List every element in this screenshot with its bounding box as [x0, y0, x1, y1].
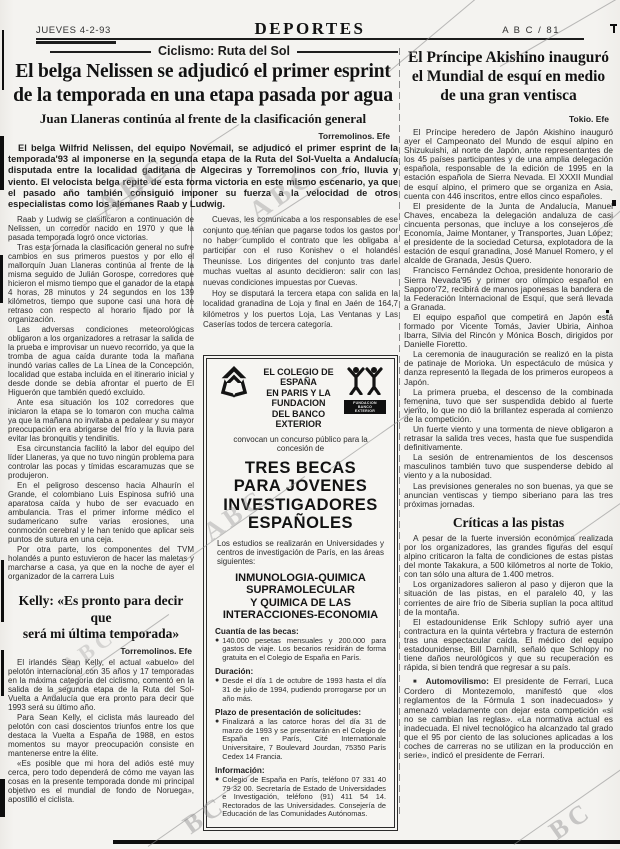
column-2: Cuevas, les comunicaba a los responsable…	[203, 215, 398, 831]
scan-edge-mark	[613, 26, 615, 33]
scan-edge-mark	[0, 255, 3, 303]
kicker-rule-left	[50, 51, 151, 53]
newspaper-page: JUEVES 4-2-93 DEPORTES A B C / 81 Ciclis…	[0, 0, 620, 849]
ad-title: TRES BECAS PARA JOVENES INVESTIGADORES E…	[215, 459, 386, 533]
body-paragraph: A pesar de la fuerte inversión económica…	[404, 534, 613, 579]
kelly-article: Kelly: «Es pronto para decir que será mi…	[8, 593, 194, 804]
body-paragraph: Raab y Ludwig se clasificaron a continua…	[8, 215, 194, 242]
scan-edge-mark	[2, 30, 4, 90]
body-paragraph: La primera prueba, el descenso de la com…	[404, 388, 613, 424]
body-paragraph: Hoy se disputará la tercera etapa con sa…	[203, 289, 398, 331]
lead-paragraph: El belga Wilfrid Nelissen, del equipo No…	[8, 143, 398, 210]
sub-headline: Juan Llaneras continúa al frente de la c…	[8, 111, 398, 127]
scholarship-ad: EL COLEGIO DE ESPAÑA EN PARIS Y LA FUNDA…	[203, 355, 398, 831]
ad-area-line: Y QUIMICA DE LAS	[215, 597, 386, 610]
body-paragraph: La sesión de entrenamientos de los desce…	[404, 453, 613, 480]
body-paragraph: Ante esa situación los 102 corredores qu…	[8, 398, 194, 443]
fundacion-banco-exterior-logo-icon: FUNDACION BANCO EXTERIOR	[344, 365, 386, 415]
bullet-icon: ●	[215, 718, 219, 761]
ad-title-line: INVESTIGADORES	[215, 496, 386, 515]
bullet-icon: ●	[215, 677, 219, 703]
kelly-headline-line-1: Kelly: «Es pronto para decir que	[19, 593, 184, 625]
scan-edge-mark	[1, 650, 4, 696]
ad-title-line: ESPAÑOLES	[215, 514, 386, 533]
brief-label: Automovilismo:	[426, 676, 489, 686]
main-headline: El belga Nelissen se adjudicó el primer …	[8, 60, 398, 108]
kicker-rule-right	[297, 51, 398, 53]
ski-headline-line-1: El Príncipe Akishino inauguró	[408, 49, 609, 66]
ad-section-info: Información: ● Colegio de España en Parí…	[215, 766, 386, 819]
ad-title-line: TRES BECAS	[215, 459, 386, 478]
body-paragraph: Para Sean Kelly, el ciclista más lauread…	[8, 713, 194, 758]
ad-section-label: Información:	[215, 766, 386, 775]
ad-section-deadline: Plazo de presentación de solicitudes: ● …	[215, 708, 386, 761]
ad-section-label: Duración:	[215, 667, 386, 676]
scan-edge-mark	[0, 779, 5, 817]
ad-organizations: EL COLEGIO DE ESPAÑA EN PARIS Y LA FUNDA…	[257, 365, 340, 430]
body-paragraph: El Príncipe heredero de Japón Akishino i…	[404, 128, 613, 201]
body-paragraph: «Es posible que mi hora del adiós esté m…	[8, 759, 194, 804]
body-paragraph: Esa circunstancia facilitó la labor del …	[8, 444, 194, 480]
scan-edge-mark	[0, 136, 4, 190]
ad-area-line: SUPRAMOLECULAR	[215, 584, 386, 597]
ad-title-line: PARA JOVENES	[215, 477, 386, 496]
ad-description: Los estudios se realizarán en Universida…	[217, 539, 384, 567]
body-paragraph: En el peligroso descenso hacia Alhaurín …	[8, 481, 194, 544]
main-column-divider	[399, 48, 400, 816]
ski-dateline: Tokio. Efe	[404, 114, 609, 124]
bullet-icon: ●	[215, 776, 219, 819]
square-bullet-icon: ■	[413, 679, 419, 685]
ad-org-line: DEL BANCO EXTERIOR	[257, 409, 340, 430]
scholarship-ad-inner: EL COLEGIO DE ESPAÑA EN PARIS Y LA FUNDA…	[206, 358, 395, 828]
fundacion-logo-caption: FUNDACION BANCO EXTERIOR	[344, 400, 386, 415]
body-paragraph: Francisco Fernández Ochoa, presidente ho…	[404, 266, 613, 311]
colegio-espana-logo-icon	[215, 365, 253, 403]
ad-section-label: Cuantía de las becas:	[215, 627, 386, 636]
ski-headline: El Príncipe Akishino inauguró el Mundial…	[404, 48, 613, 105]
body-paragraph: Los organizadores salieron al paso y dij…	[404, 580, 613, 616]
ad-section-duration: Duración: ● Desde el día 1 de octubre de…	[215, 667, 386, 703]
ski-headline-line-2: el Mundial de esquí en medio	[412, 68, 605, 85]
body-paragraph: Por otra parte, los componentes del TVM …	[8, 545, 194, 581]
scan-edge-mark	[1, 560, 4, 622]
body-paragraph: El estadounidense Erik Schlopy sufrió ay…	[404, 618, 613, 673]
ad-org-line: EL COLEGIO DE ESPAÑA	[257, 367, 340, 388]
ad-org-line: FUNDACION	[257, 398, 340, 409]
ad-org-line: EN PARIS Y LA	[257, 388, 340, 399]
kelly-headline: Kelly: «Es pronto para decir que será mi…	[8, 593, 194, 643]
body-paragraph: Tras esta jornada la clasificación gener…	[8, 243, 194, 324]
ad-section-text: 140.000 pesetas mensuales y 200.000 para…	[222, 637, 386, 663]
ad-area-line: INTERACCIONES-ECONOMIA	[215, 609, 386, 622]
kelly-headline-line-2: será mi última temporada»	[23, 626, 179, 641]
watermark-line	[514, 758, 620, 845]
brief-text: El presidente de Ferrari, Luca Cordero d…	[404, 676, 613, 760]
criticas-subhead: Críticas a las pistas	[404, 515, 613, 531]
body-paragraph: Cuevas, les comunicaba a los responsable…	[203, 215, 398, 288]
body-paragraph: Las adversas condiciones meteorológicas …	[8, 325, 194, 397]
body-paragraph: El presidente de la Junta de Andalucía, …	[404, 202, 613, 266]
cycling-dateline: Torremolinos. Efe	[8, 131, 390, 141]
headline-line-2: de la temporada en una etapa pasada por …	[13, 85, 393, 106]
ad-section-label: Plazo de presentación de solicitudes:	[215, 708, 386, 717]
ski-headline-line-3: de una gran ventisca	[440, 87, 577, 104]
ski-article: El Príncipe Akishino inauguró el Mundial…	[404, 46, 613, 761]
bottom-page-rule	[113, 840, 620, 844]
kicker-label: Ciclismo: Ruta del Sol	[158, 44, 290, 58]
header-page-number: A B C / 81	[502, 25, 560, 36]
ad-intro: convocan un concurso público para la con…	[225, 435, 376, 453]
kelly-dateline: Torremolinos. Efe	[8, 646, 192, 656]
ad-section-text: Desde el día 1 de octubre de 1993 hasta …	[222, 677, 386, 703]
bc-watermark: BC	[544, 795, 599, 846]
header-rule	[36, 38, 584, 40]
ad-section-text: Colegio de España en París, teléfono 07 …	[222, 776, 386, 819]
body-paragraph: La ceremonia de inauguración se realizó …	[404, 350, 613, 386]
kicker: Ciclismo: Ruta del Sol	[8, 44, 398, 58]
body-paragraph: El irlandés Sean Kelly, el actual «abuel…	[8, 658, 194, 712]
headline-line-1: El belga Nelissen se adjudicó el primer …	[15, 61, 390, 82]
body-paragraph: El equipo español que competirá en Japón…	[404, 313, 613, 349]
body-paragraph: Las previsiones generales no son buenas,…	[404, 482, 613, 509]
scan-edge-mark	[612, 200, 616, 206]
column-1: Raab y Ludwig se clasificaron a continua…	[8, 215, 194, 831]
ad-section-text: Finalizará a las catorce horas del día 3…	[222, 718, 386, 761]
ad-study-areas: INMUNOLOGIA-QUIMICA SUPRAMOLECULAR Y QUI…	[215, 572, 386, 622]
ad-area-line: INMUNOLOGIA-QUIMICA	[215, 572, 386, 585]
body-paragraph: Un fuerte viento y una tormenta de nieve…	[404, 425, 613, 452]
bullet-icon: ●	[215, 637, 219, 663]
ad-section-amount: Cuantía de las becas: ● 140.000 pesetas …	[215, 627, 386, 663]
cycling-article: Ciclismo: Ruta del Sol El belga Nelissen…	[8, 44, 398, 831]
scan-edge-mark	[606, 310, 609, 313]
automovilismo-brief: ■ Automovilismo: El presidente de Ferrar…	[404, 677, 613, 760]
